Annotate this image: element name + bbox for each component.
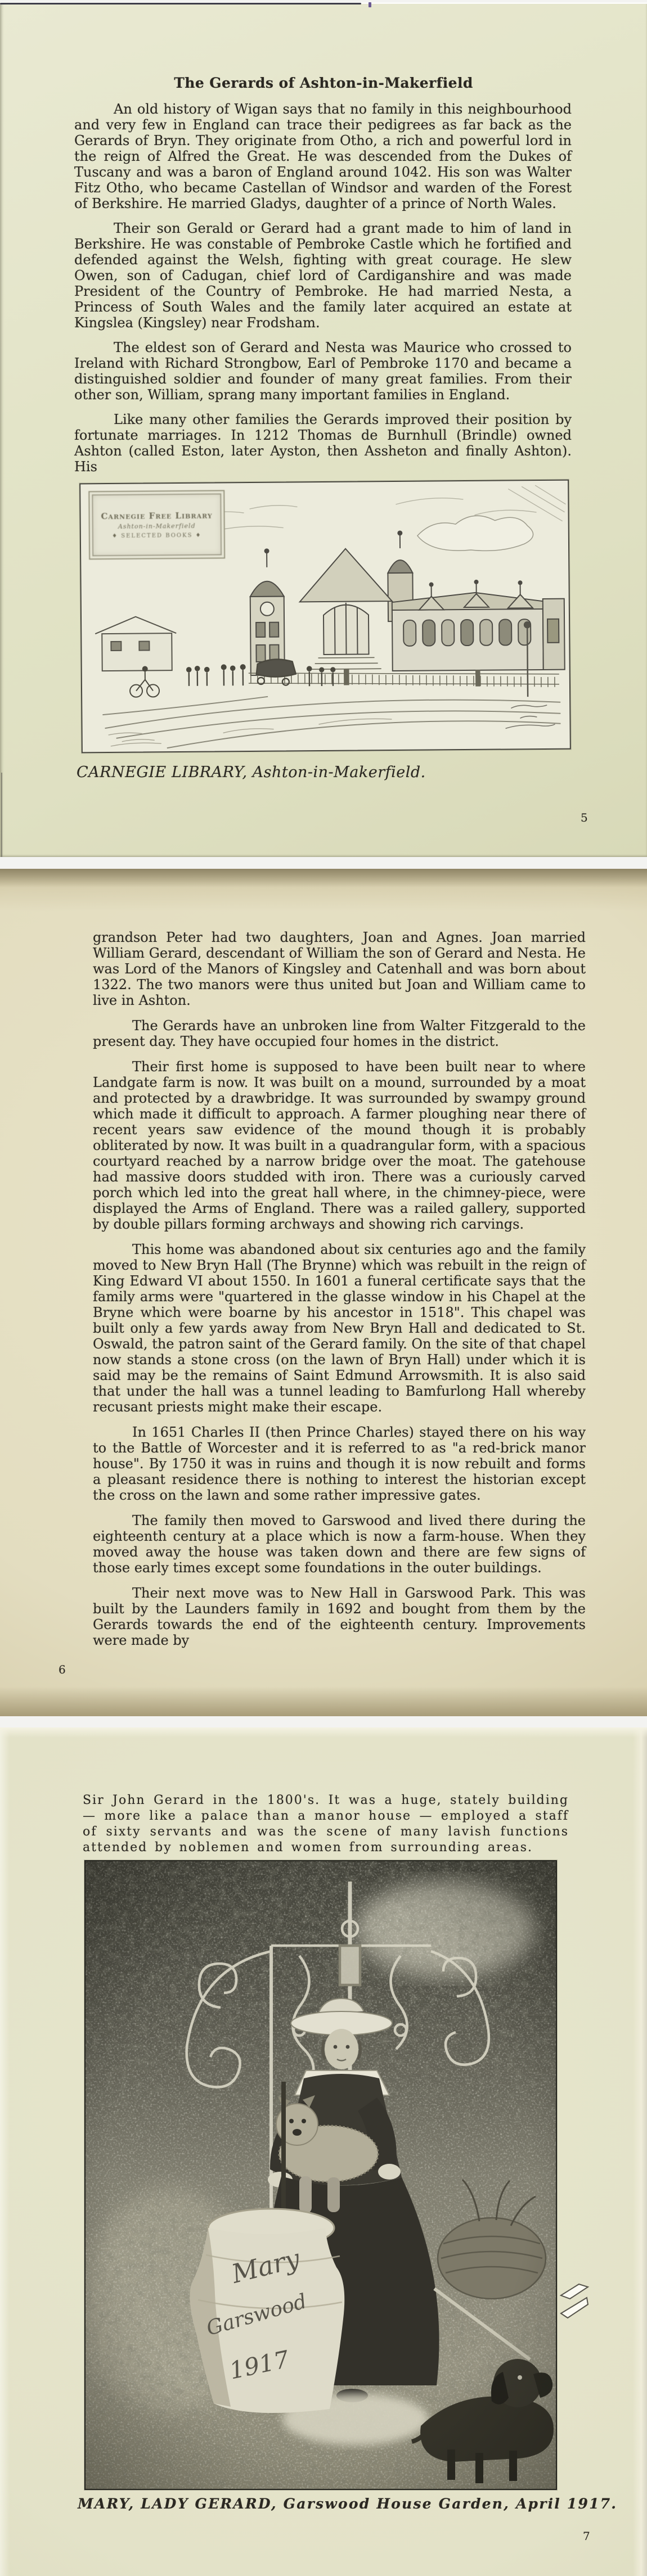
chapter-title: The Gerards of Ashton-in-Makerfield [0, 75, 647, 91]
right-wing [392, 580, 565, 671]
page-number: 5 [581, 811, 588, 824]
paragraph: grandson Peter had two daughters, Joan a… [93, 930, 586, 1008]
page7-body-text: Sir John Gerard in the 1800's. It was a … [83, 1793, 569, 1865]
cloud-outline [417, 515, 533, 551]
scanned-page-6: grandson Peter had two daughters, Joan a… [0, 869, 647, 1716]
clock-tower [250, 549, 285, 675]
illustration-caption: CARNEGIE LIBRARY, Ashton-in-Makerfield. [77, 764, 426, 781]
paragraph: The eldest son of Gerard and Nesta was M… [74, 340, 572, 403]
paragraph: In 1651 Charles II (then Prince Charles)… [93, 1424, 586, 1503]
stamp-line: Ashton-in-Makerfield [118, 522, 196, 530]
paragraph: An old history of Wigan says that no fam… [74, 101, 572, 211]
carnegie-library-sketch: Carnegie Free Library Ashton-in-Makerfie… [79, 480, 571, 754]
paragraph: Their first home is supposed to have bee… [93, 1059, 586, 1232]
stamp-line: ♦ SELECTED BOOKS ♦ [112, 533, 202, 539]
paragraph: The Gerards have an unbroken line from W… [93, 1018, 586, 1049]
paragraph: Like many other families the Gerards imp… [74, 412, 572, 475]
page-number: 6 [59, 1663, 66, 1676]
page5-body-text: An old history of Wigan says that no fam… [74, 101, 572, 484]
library-bookplate-stamp: Carnegie Free Library Ashton-in-Makerfie… [88, 490, 225, 560]
paragraph: Their son Gerald or Gerard had a grant m… [74, 220, 572, 331]
page6-body-text: grandson Peter had two daughters, Joan a… [93, 930, 586, 1658]
page-number: 7 [583, 2529, 590, 2543]
scanned-page-7: Sir John Gerard in the 1800's. It was a … [0, 1727, 647, 2576]
scan-artifact-tick [369, 2, 371, 7]
scan-edge-dark-line [0, 3, 361, 4]
paragraph: Their next move was to New Hall in Garsw… [93, 1585, 586, 1648]
garden-photograph: Mary Garswood 1917 [86, 1861, 556, 2489]
lady-gerard-photo: Mary Garswood 1917 [86, 1861, 556, 2489]
small-house [95, 616, 177, 671]
photo-caption: MARY, LADY GERARD, Garswood House Garden… [78, 2496, 617, 2512]
street-lines [102, 694, 561, 748]
artist-signature [505, 705, 555, 729]
photo-vignette [86, 1861, 556, 2489]
stamp-line: Carnegie Free Library [101, 511, 212, 522]
paragraph: This home was abandoned about six centur… [93, 1242, 586, 1415]
scan-reflection-artifact [559, 2282, 590, 2326]
paragraph: The family then moved to Garswood and li… [93, 1513, 586, 1576]
page-left-edge-line [1, 773, 2, 857]
scanned-page-5: The Gerards of Ashton-in-Makerfield An o… [0, 2, 647, 857]
paragraph: Sir John Gerard in the 1800's. It was a … [83, 1793, 569, 1856]
